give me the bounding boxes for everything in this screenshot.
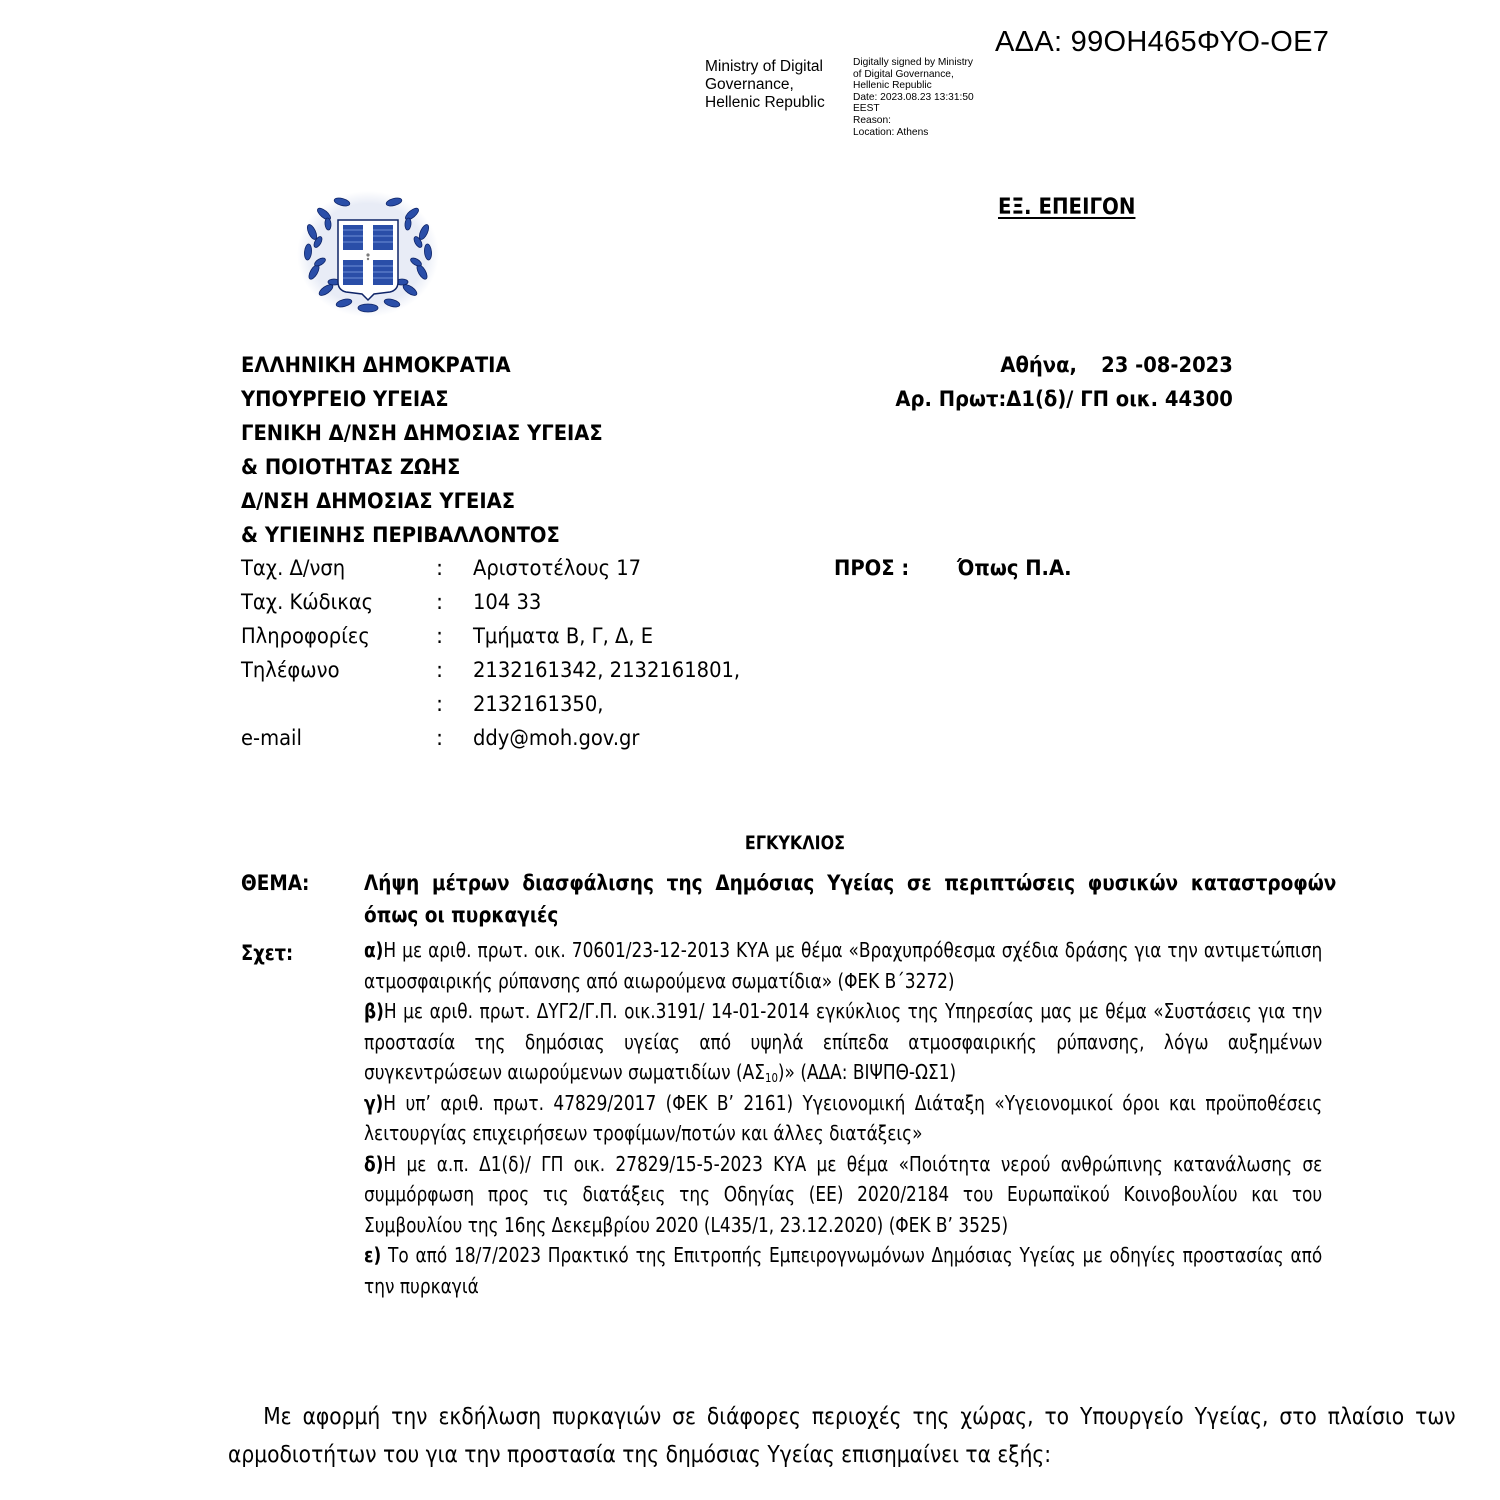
reference-text: )» (ΑΔΑ: ΒΙΨΠΘ-ΩΣ1)	[778, 1060, 956, 1084]
authority-line: ΓΕΝΙΚΗ Δ/ΝΣΗ ΔΗΜΟΣΙΑΣ ΥΓΕΙΑΣ	[241, 416, 603, 450]
contact-colon: :	[436, 619, 473, 653]
contact-row: Ταχ. Δ/νση : Αριστοτέλους 17	[241, 551, 760, 585]
document-date: 23 -08-2023	[1101, 353, 1233, 377]
reference-text: Η με αριθ. πρωτ. οικ. 70601/23-12-2013 Κ…	[364, 938, 1322, 993]
urgency-label: ΕΞ. ΕΠΕΙΓΟΝ	[998, 195, 1135, 220]
reference-prefix: β)	[364, 999, 384, 1023]
reference-prefix: ε)	[364, 1243, 381, 1267]
contact-label: Πληροφορίες	[241, 619, 422, 653]
signature-detail-line: EEST	[853, 103, 974, 115]
issuing-authority: ΕΛΛΗΝΙΚΗ ΔΗΜΟΚΡΑΤΙΑ ΥΠΟΥΡΓΕΙΟ ΥΓΕΙΑΣ ΓΕΝ…	[241, 348, 603, 552]
contact-colon: :	[436, 687, 473, 721]
contact-colon: :	[436, 551, 473, 585]
references-label: Σχετ:	[241, 938, 293, 968]
reference-prefix: α)	[364, 938, 383, 962]
reference-text: Η υπ’ αριθ. πρωτ. 47829/2017 (ΦΕΚ Β’ 216…	[364, 1091, 1322, 1146]
authority-line: ΕΛΛΗΝΙΚΗ ΔΗΜΟΚΡΑΤΙΑ	[241, 348, 603, 382]
references-list: α)Η με αριθ. πρωτ. οικ. 70601/23-12-2013…	[364, 935, 1322, 1301]
authority-line: Δ/ΝΣΗ ΔΗΜΟΣΙΑΣ ΥΓΕΙΑΣ	[241, 484, 603, 518]
greek-emblem-icon	[296, 190, 440, 318]
date-line: Αθήνα,23 -08-2023	[896, 348, 1233, 382]
contact-value: 2132161350,	[473, 687, 603, 721]
recipient-value: Όπως Π.Α.	[957, 551, 1071, 585]
reference-prefix: δ)	[364, 1152, 383, 1176]
signature-detail-line: Location: Athens	[853, 127, 974, 139]
contact-label: e-mail	[241, 721, 422, 755]
contact-label: Ταχ. Κώδικας	[241, 585, 422, 619]
signer-line: Ministry of Digital	[705, 58, 825, 76]
contact-colon: :	[436, 653, 473, 687]
signature-detail-line: Date: 2023.08.23 13:31:50	[853, 92, 974, 104]
signature-detail-line: of Digital Governance,	[853, 69, 974, 81]
contact-details: Ταχ. Δ/νση : Αριστοτέλους 17 Ταχ. Κώδικα…	[241, 551, 760, 755]
signature-detail-line: Digitally signed by Ministry	[853, 57, 974, 69]
reference-item: γ)Η υπ’ αριθ. πρωτ. 47829/2017 (ΦΕΚ Β’ 2…	[364, 1088, 1322, 1149]
contact-label: Ταχ. Δ/νση	[241, 551, 422, 585]
reference-text: Το από 18/7/2023 Πρακτικό της Επιτροπής …	[364, 1243, 1322, 1298]
body-paragraph: Με αφορμή την εκδήλωση πυρκαγιών σε διάφ…	[228, 1398, 1456, 1474]
subject-text: Λήψη μέτρων διασφάλισης της Δημόσιας Υγε…	[364, 867, 1336, 931]
signer-line: Governance,	[705, 76, 825, 94]
signature-detail-line: Reason:	[853, 115, 974, 127]
reference-text: Η με α.π. Δ1(δ)/ ΓΠ οικ. 27829/15-5-2023…	[364, 1152, 1322, 1237]
date-protocol-block: Αθήνα,23 -08-2023 Αρ. Πρωτ:Δ1(δ)/ ΓΠ οικ…	[896, 348, 1233, 416]
contact-value: 104 33	[473, 585, 541, 619]
contact-row: Τηλέφωνο : 2132161342, 2132161801,	[241, 653, 760, 687]
signature-details: Digitally signed by Ministry of Digital …	[853, 57, 974, 138]
authority-line: & ΠΟΙΟΤΗΤΑΣ ΖΩΗΣ	[241, 450, 603, 484]
reference-item: β)Η με αριθ. πρωτ. ΔΥΓ2/Γ.Π. οικ.3191/ 1…	[364, 996, 1322, 1088]
contact-label: Τηλέφωνο	[241, 653, 422, 687]
reference-subscript: 10	[765, 1071, 778, 1085]
recipient-label: ΠΡΟΣ :	[834, 551, 909, 585]
contact-value: Αριστοτέλους 17	[473, 551, 641, 585]
contact-row: : 2132161350,	[241, 687, 760, 721]
contact-row: e-mail : ddy@moh.gov.gr	[241, 721, 760, 755]
authority-line: ΥΠΟΥΡΓΕΙΟ ΥΓΕΙΑΣ	[241, 382, 603, 416]
protocol-number: Αρ. Πρωτ:Δ1(δ)/ ΓΠ οικ. 44300	[896, 382, 1233, 416]
contact-label	[241, 687, 422, 721]
subject-label: ΘΕΜΑ:	[241, 867, 309, 899]
document-type-title: ΕΓΚΥΚΛΙΟΣ	[127, 828, 1463, 858]
reference-item: ε) Το από 18/7/2023 Πρακτικό της Επιτροπ…	[364, 1240, 1322, 1301]
contact-colon: :	[436, 585, 473, 619]
contact-row: Πληροφορίες : Τμήματα Β, Γ, Δ, Ε	[241, 619, 760, 653]
contact-value: Τμήματα Β, Γ, Δ, Ε	[473, 619, 653, 653]
reference-item: δ)Η με α.π. Δ1(δ)/ ΓΠ οικ. 27829/15-5-20…	[364, 1149, 1322, 1241]
signature-detail-line: Hellenic Republic	[853, 80, 974, 92]
place: Αθήνα,	[1001, 353, 1078, 377]
reference-item: α)Η με αριθ. πρωτ. οικ. 70601/23-12-2013…	[364, 935, 1322, 996]
authority-line: & ΥΓΙΕΙΝΗΣ ΠΕΡΙΒΑΛΛΟΝΤΟΣ	[241, 518, 603, 552]
contact-value: 2132161342, 2132161801,	[473, 653, 740, 687]
reference-prefix: γ)	[364, 1091, 383, 1115]
contact-row: Ταχ. Κώδικας : 104 33	[241, 585, 760, 619]
ada-identifier: ΑΔΑ: 99ΟΗ465ΦΥΟ-ΟΕ7	[995, 26, 1329, 59]
signer-line: Hellenic Republic	[705, 94, 825, 112]
contact-colon: :	[436, 721, 473, 755]
email-link[interactable]: ddy@moh.gov.gr	[473, 721, 639, 755]
signature-signer: Ministry of Digital Governance, Hellenic…	[705, 58, 825, 112]
